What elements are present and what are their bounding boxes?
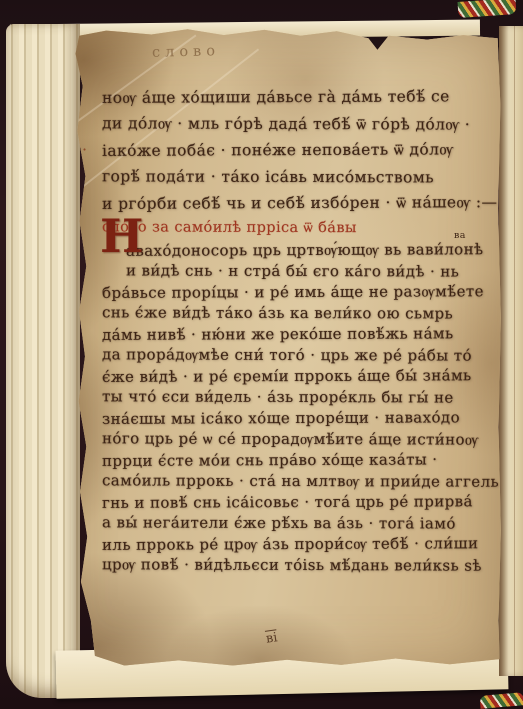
next-page-sliver xyxy=(499,26,523,676)
rubricated-initial: Н xyxy=(100,213,144,259)
manuscript-page: слово · ноѹ а́ще хо́щиши да́вьсе га̀ да́… xyxy=(52,28,504,672)
header-annotation: слово xyxy=(152,43,220,61)
manuscript-line: а вы́ нега́ители є́же рѣ́хь ва а́зь · то… xyxy=(102,512,502,534)
quire-signature: ві xyxy=(265,630,278,646)
manuscript-line: да прора́дѹмѣе сни́ того́ · црь же ре́ р… xyxy=(102,344,502,366)
manuscript-line: зна́єшы мы іса́ко хо́ще проре́щи · навах… xyxy=(102,407,502,430)
manuscript-line: снь є́же ви́дѣ та́ко а́зь ка вели́ко ою … xyxy=(102,302,502,324)
manuscript-line: и ви́дѣ снь · н стра́ бы́ єго ка́го ви́д… xyxy=(102,260,502,282)
manuscript-line: бра́вьсе прорі́цы · и ре́ имь а́ще не ра… xyxy=(102,281,502,304)
spine-endband-bottom xyxy=(480,692,523,709)
page-crease-line xyxy=(514,26,515,676)
manuscript-line: пррци є́сте мо́и снь пра́во хо́ще каза́т… xyxy=(102,449,502,472)
manuscript-line: да́мь нивѣ́ · ню́ни же реко́ше повѣ́жь н… xyxy=(102,323,502,346)
manuscript-line: горѣ́ пода́ти · та́ко іса́вь мисо́мьство… xyxy=(102,163,502,191)
manuscript-line: само́иль пррокь · ста́ на млтвѹ и прии́д… xyxy=(102,470,502,492)
spine-endband-top xyxy=(458,0,517,18)
rubric-line: сло́во за само́илѣ прріса ѿ ба́вы xyxy=(102,216,502,240)
manuscript-line: ноѹ а́ще хо́щиши да́вьсе га̀ да́мь тебѣ́… xyxy=(102,83,502,111)
superscript-correction: ва xyxy=(454,230,466,241)
manuscript-line: авахо́доносорь црь цртвѹ́ющѹ вь вави́лон… xyxy=(102,239,502,262)
manuscript-line: іако́же поба́є · поне́же непова́еть ѿ до… xyxy=(102,136,502,164)
manuscript-line: иль пррокь ре́ црѹ а́зь прори́сѹ тебѣ́ ·… xyxy=(102,533,502,556)
manuscript-line: ты что́ єси ви́дель · а́зь проре́кль бы … xyxy=(102,386,502,408)
manuscript-line: но́го црь ре́ ѡ се́ прорадѹмѣ́ите а́ще и… xyxy=(102,428,502,450)
text-block: ноѹ а́ще хо́щиши да́вьсе га̀ да́мь тебѣ́… xyxy=(102,84,502,576)
margin-mark: · xyxy=(82,140,87,159)
manuscript-line: ди до́лѹ · мль го́рѣ дада́ тебѣ́ ѿ го́рѣ… xyxy=(102,110,502,138)
manuscript-line: црѹ повѣ́ · ви́дѣльєси то́іѕь мѣ́дань ве… xyxy=(102,554,502,576)
manuscript-line: гнь и повѣ́ снь іса́ісовьє · тога́ црь р… xyxy=(102,491,502,514)
manuscript-line: є́же ви́дѣ · и ре́ єремі́и пррокь а́ще б… xyxy=(102,365,502,388)
page-stack-left-edge xyxy=(6,24,80,698)
manuscript-line: и рго́рби себѣ́ чь и себѣ́ избо́рен · ѿ … xyxy=(102,189,502,217)
